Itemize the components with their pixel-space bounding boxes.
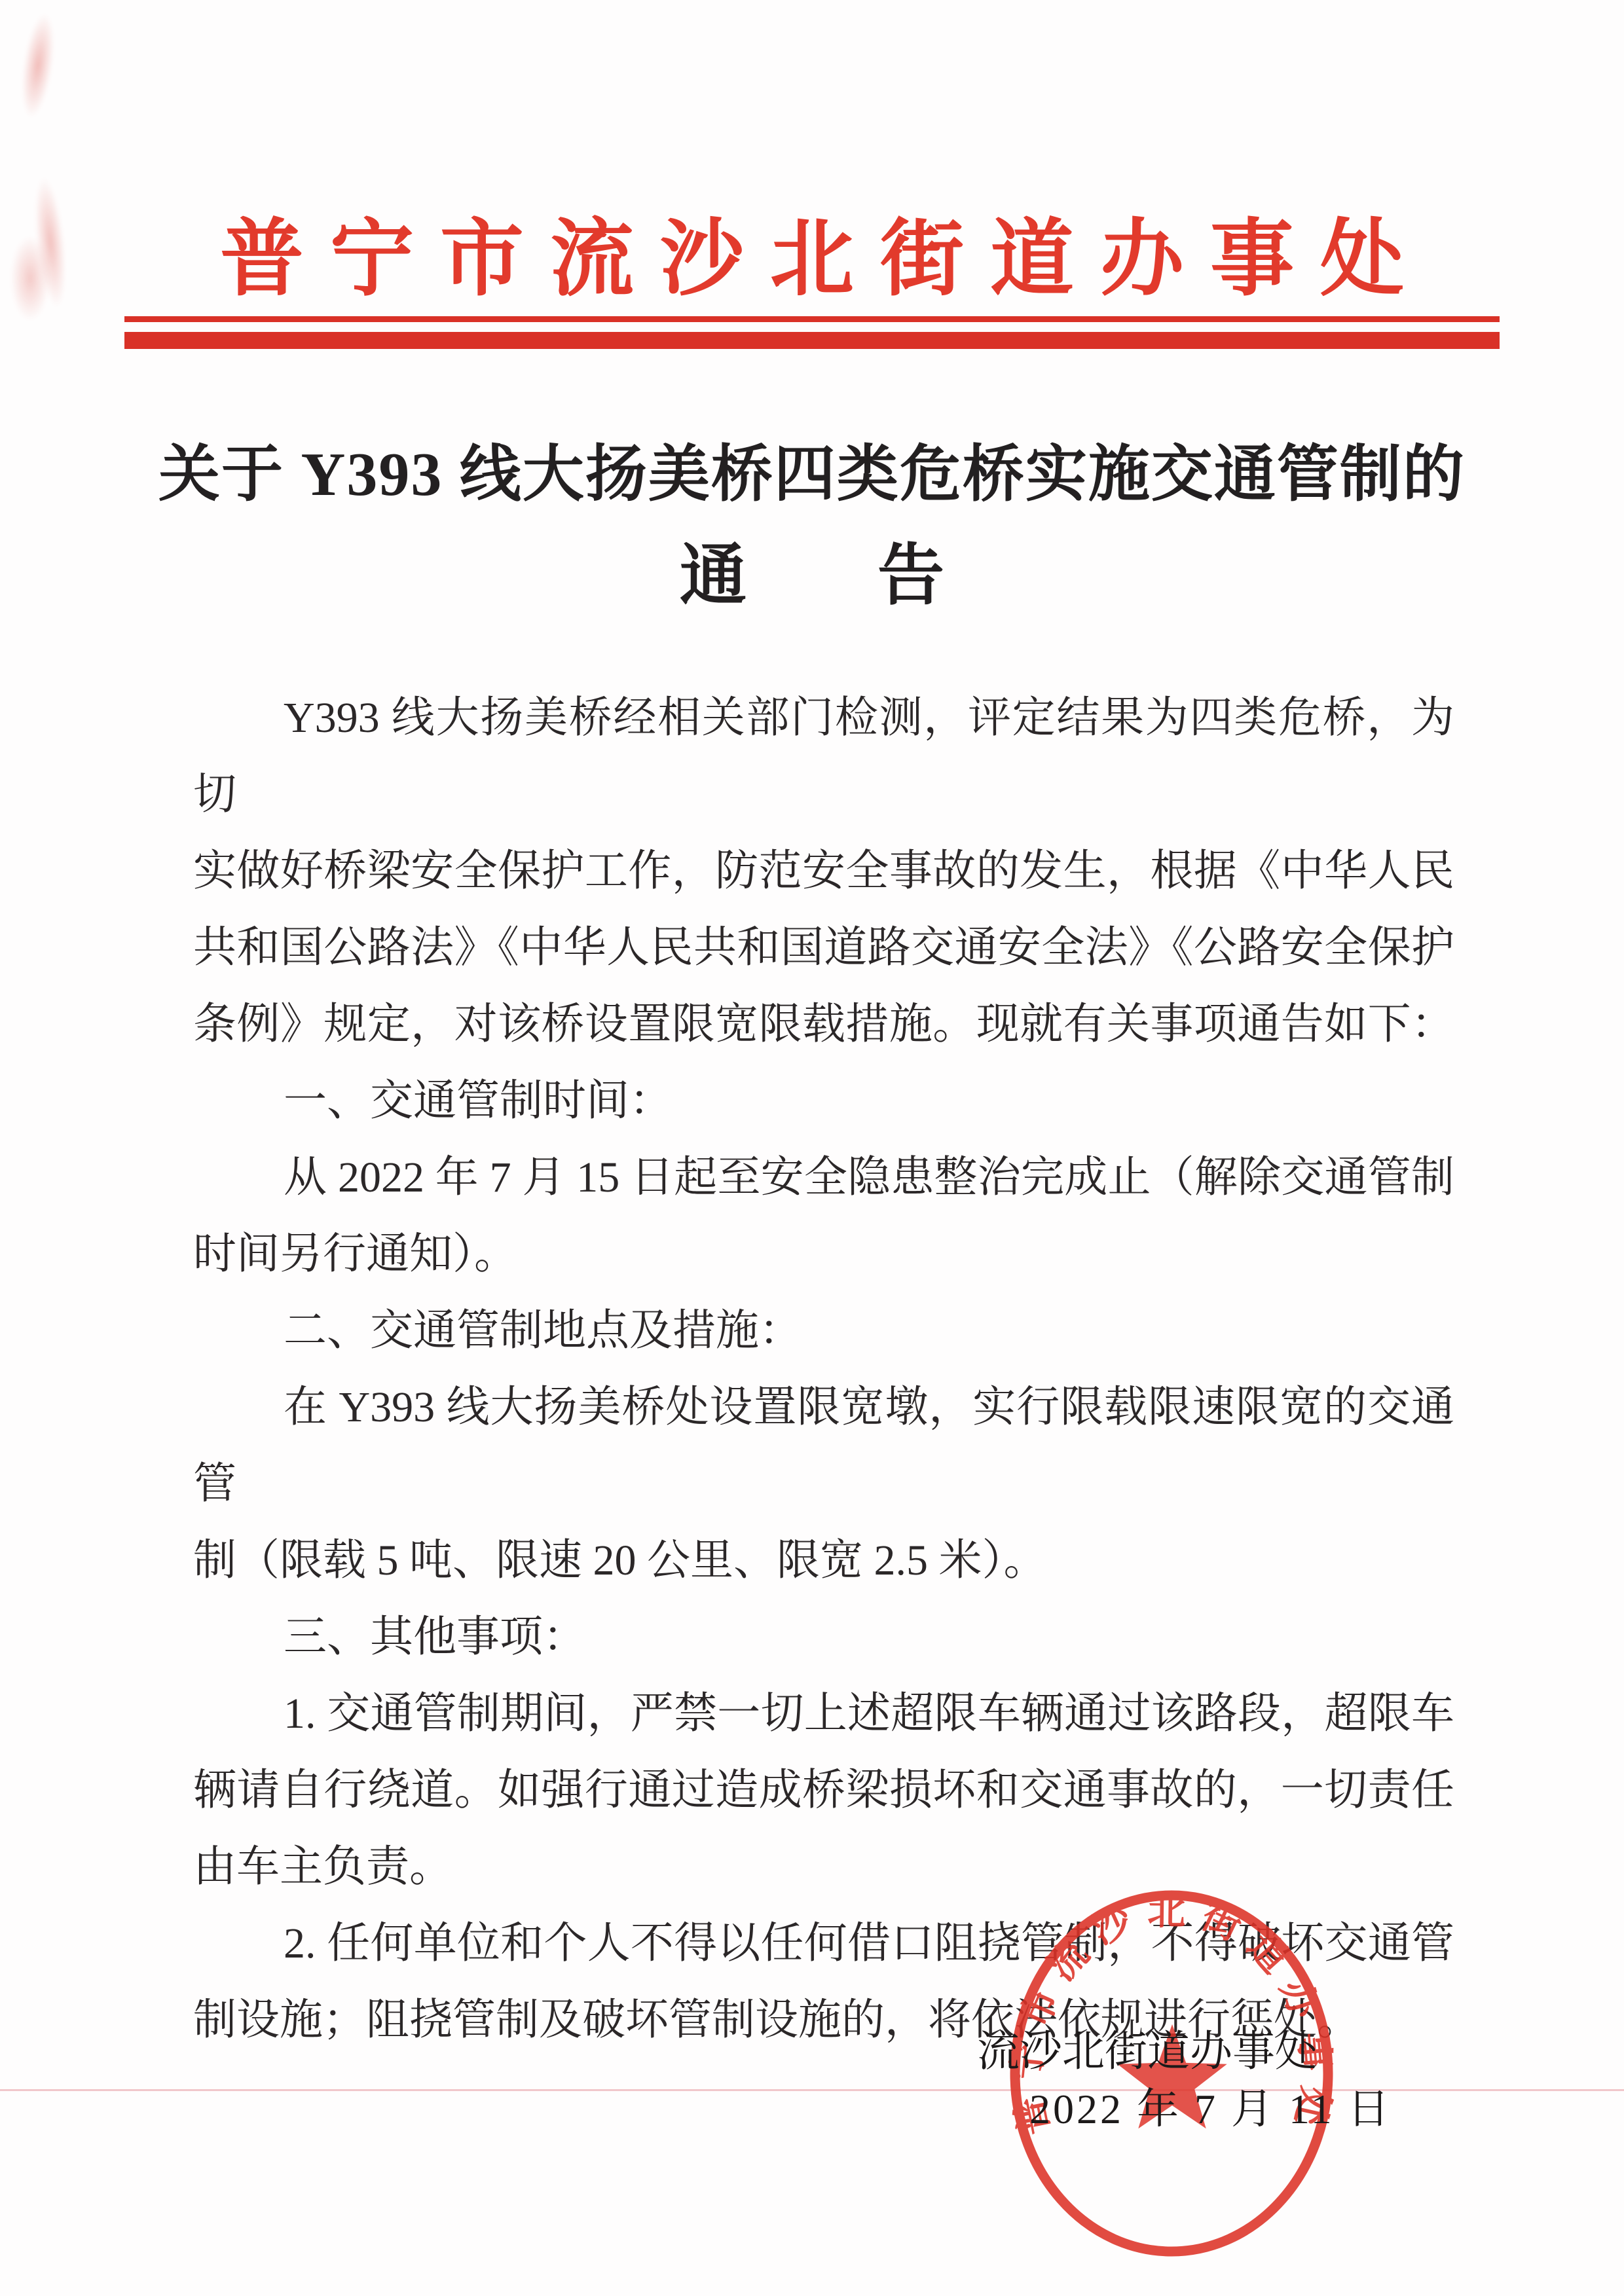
document-title-line1: 关于 Y393 线大扬美桥四类危桥实施交通管制的 <box>0 424 1624 513</box>
title-char-gao: 告 <box>877 522 944 618</box>
scan-smudge <box>16 12 60 120</box>
signature-date: 2022 年 7 月 11 日 <box>1029 2075 1392 2136</box>
body-line: 实做好桥梁安全保护工作，防范安全事故的发生，根据《中华人民 <box>193 833 1454 909</box>
body-line: 辆请自行绕道。如强行通过造成桥梁损坏和交通事故的，一切责任 <box>193 1752 1454 1829</box>
letterhead-org-name: 普宁市流沙北街道办事处 <box>0 191 1624 312</box>
body-line: Y393 线大扬美桥经相关部门检测，评定结果为四类危桥，为切 <box>193 680 1454 833</box>
body-line: 从 2022 年 7 月 15 日起至安全隐患整治完成止（解除交通管制 <box>193 1139 1454 1216</box>
document-body: Y393 线大扬美桥经相关部门检测，评定结果为四类危桥，为切 实做好桥梁安全保护… <box>193 680 1454 2058</box>
signature-org-name: 流沙北街道办事处 <box>977 2016 1318 2078</box>
body-line: 共和国公路法》《中华人民共和国道路交通安全法》《公路安全保护 <box>193 909 1454 986</box>
letterhead-rule-thin <box>124 316 1500 322</box>
body-line: 时间另行通知）。 <box>193 1216 1454 1292</box>
body-line-section-3: 三、其他事项： <box>193 1599 1454 1675</box>
body-line: 在 Y393 线大扬美桥处设置限宽墩，实行限载限速限宽的交通管 <box>193 1369 1454 1522</box>
document-title-line2: 通 告 <box>0 522 1624 618</box>
body-line: 条例》规定，对该桥设置限宽限载措施。现就有关事项通告如下： <box>193 986 1454 1063</box>
letterhead-rule-thick <box>124 332 1500 349</box>
body-line-section-1: 一、交通管制时间： <box>193 1063 1454 1139</box>
body-line: 制（限载 5 吨、限速 20 公里、限宽 2.5 米）。 <box>193 1522 1454 1599</box>
body-line: 1. 交通管制期间，严禁一切上述超限车辆通过该路段，超限车 <box>193 1675 1454 1752</box>
body-line-section-2: 二、交通管制地点及措施： <box>193 1292 1454 1369</box>
document-page: 普宁市流沙北街道办事处 关于 Y393 线大扬美桥四类危桥实施交通管制的 通 告… <box>0 0 1624 2296</box>
title-char-tong: 通 <box>680 522 747 618</box>
